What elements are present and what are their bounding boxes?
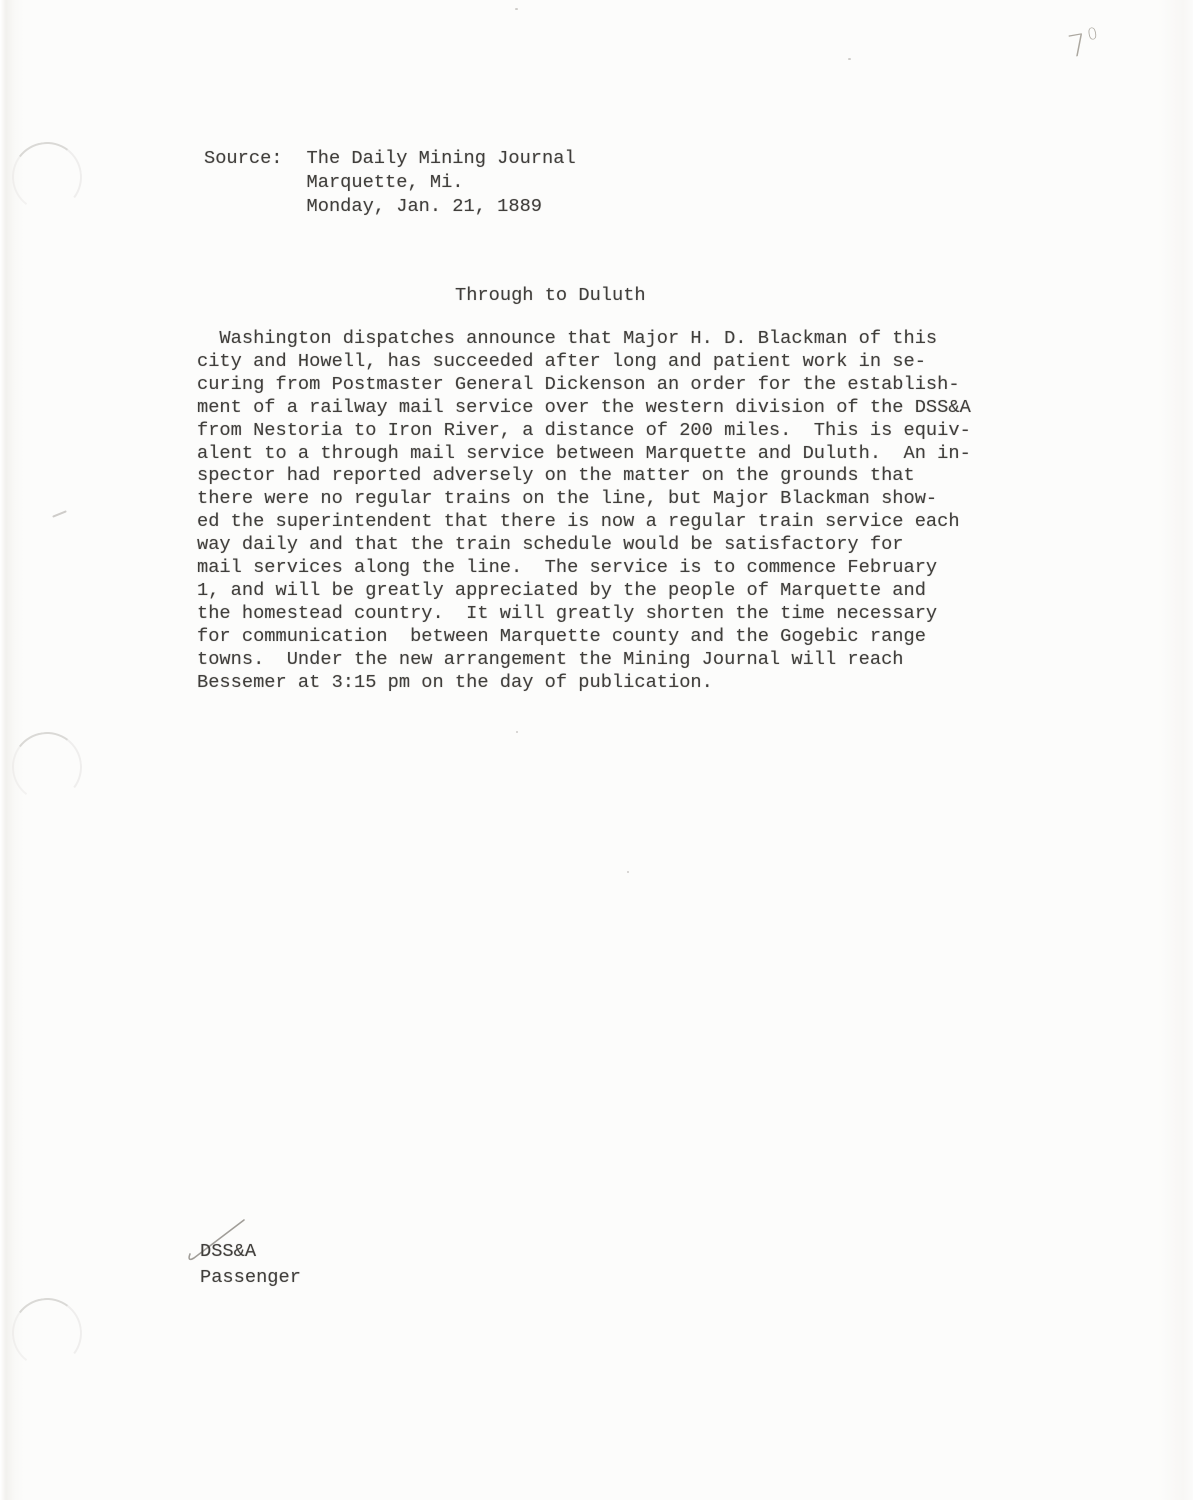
punch-hole-top (7, 137, 86, 216)
footer-railroad-label: DSS&A (200, 1238, 301, 1264)
source-details: The Daily Mining Journal Marquette, Mi. … (307, 146, 576, 218)
source-block: Source: The Daily Mining Journal Marquet… (204, 146, 576, 218)
scan-speckle (848, 58, 851, 60)
punch-hole-bottom (7, 1293, 86, 1372)
article-body: Washington dispatches announce that Majo… (197, 327, 971, 694)
document-page: 70 Source: The Daily Mining Journal Marq… (0, 0, 1193, 1500)
source-publication: The Daily Mining Journal (307, 146, 576, 170)
pencil-margin-mark (52, 510, 67, 517)
handwritten-page-number: 70 (1065, 24, 1102, 66)
handwritten-digit-superscript: 0 (1086, 24, 1099, 44)
source-location: Marquette, Mi. (307, 170, 576, 194)
scan-speckle (627, 871, 629, 873)
scan-speckle (516, 731, 518, 733)
punch-hole-middle (7, 727, 86, 806)
footer-category-label: Passenger (200, 1264, 301, 1290)
source-label: Source: (204, 146, 283, 170)
source-date: Monday, Jan. 21, 1889 (307, 194, 576, 218)
footer-annotation: DSS&A Passenger (200, 1238, 301, 1290)
article-title: Through to Duluth (455, 283, 646, 307)
scan-speckle (515, 8, 518, 10)
